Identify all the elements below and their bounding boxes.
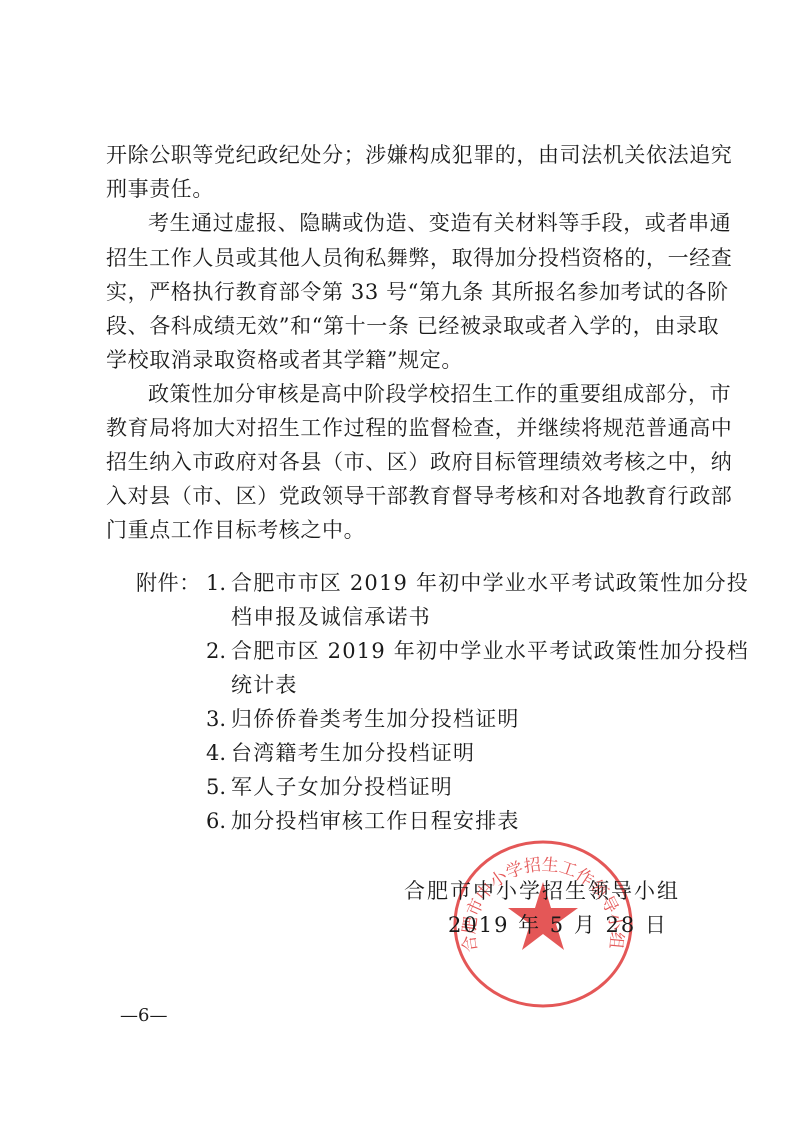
attachments-label: 附件： [136,570,201,596]
attachment-title: 加分投档审核工作日程安排表 [231,808,520,834]
attachment-number: 3. [206,706,226,732]
body-line: 招生工作人员或其他人员徇私舞弊，取得加分投档资格的，一经查 [106,245,706,271]
page-number: —6— [120,1004,167,1028]
body-line: 招生纳入市政府对各县（市、区）政府目标管理绩效考核之中，纳 [106,449,706,475]
attachment-number: 4. [206,740,226,766]
body-line: 考生通过虚报、隐瞒或伪造、变造有关材料等手段，或者串通 [148,210,706,236]
body-line: 门重点工作目标考核之中。 [106,517,706,543]
attachment-title: 统计表 [231,672,298,698]
signing-date: 2019 年 5 月 28 日 [448,912,668,938]
body-line: 段、各科成绩无效”和“第十一条 已经被录取或者入学的，由录取 [106,313,706,339]
body-line: 学校取消录取资格或者其学籍”规定。 [106,347,706,373]
attachment-title: 归侨侨眷类考生加分投档证明 [231,706,520,732]
attachment-number: 1. [206,570,226,596]
attachment-title: 台湾籍考生加分投档证明 [231,740,475,766]
body-line: 开除公职等党纪政纪处分；涉嫌构成犯罪的，由司法机关依法追究 [106,142,706,168]
attachment-title: 档申报及诚信承诺书 [231,604,431,630]
attachment-number: 6. [206,808,226,834]
body-line: 实，严格执行教育部令第 33 号“第九条 其所报名参加考试的各阶 [106,279,706,305]
signing-organization: 合肥市中小学招生领导小组 [404,878,680,904]
body-line: 刑事责任。 [106,176,706,202]
attachment-number: 5. [206,774,226,800]
body-line: 教育局将加大对招生工作过程的监督检查，并继续将规范普通高中 [106,415,706,441]
attachment-title: 合肥市市区 2019 年初中学业水平考试政策性加分投 [231,570,749,596]
attachment-title: 军人子女加分投档证明 [231,774,453,800]
body-line: 政策性加分审核是高中阶段学校招生工作的重要组成部分，市 [148,381,706,407]
attachment-number: 2. [206,638,226,664]
attachment-title: 合肥市区 2019 年初中学业水平考试政策性加分投档 [231,638,749,664]
body-line: 入对县（市、区）党政领导干部教育督导考核和对各地教育行政部 [106,483,706,509]
